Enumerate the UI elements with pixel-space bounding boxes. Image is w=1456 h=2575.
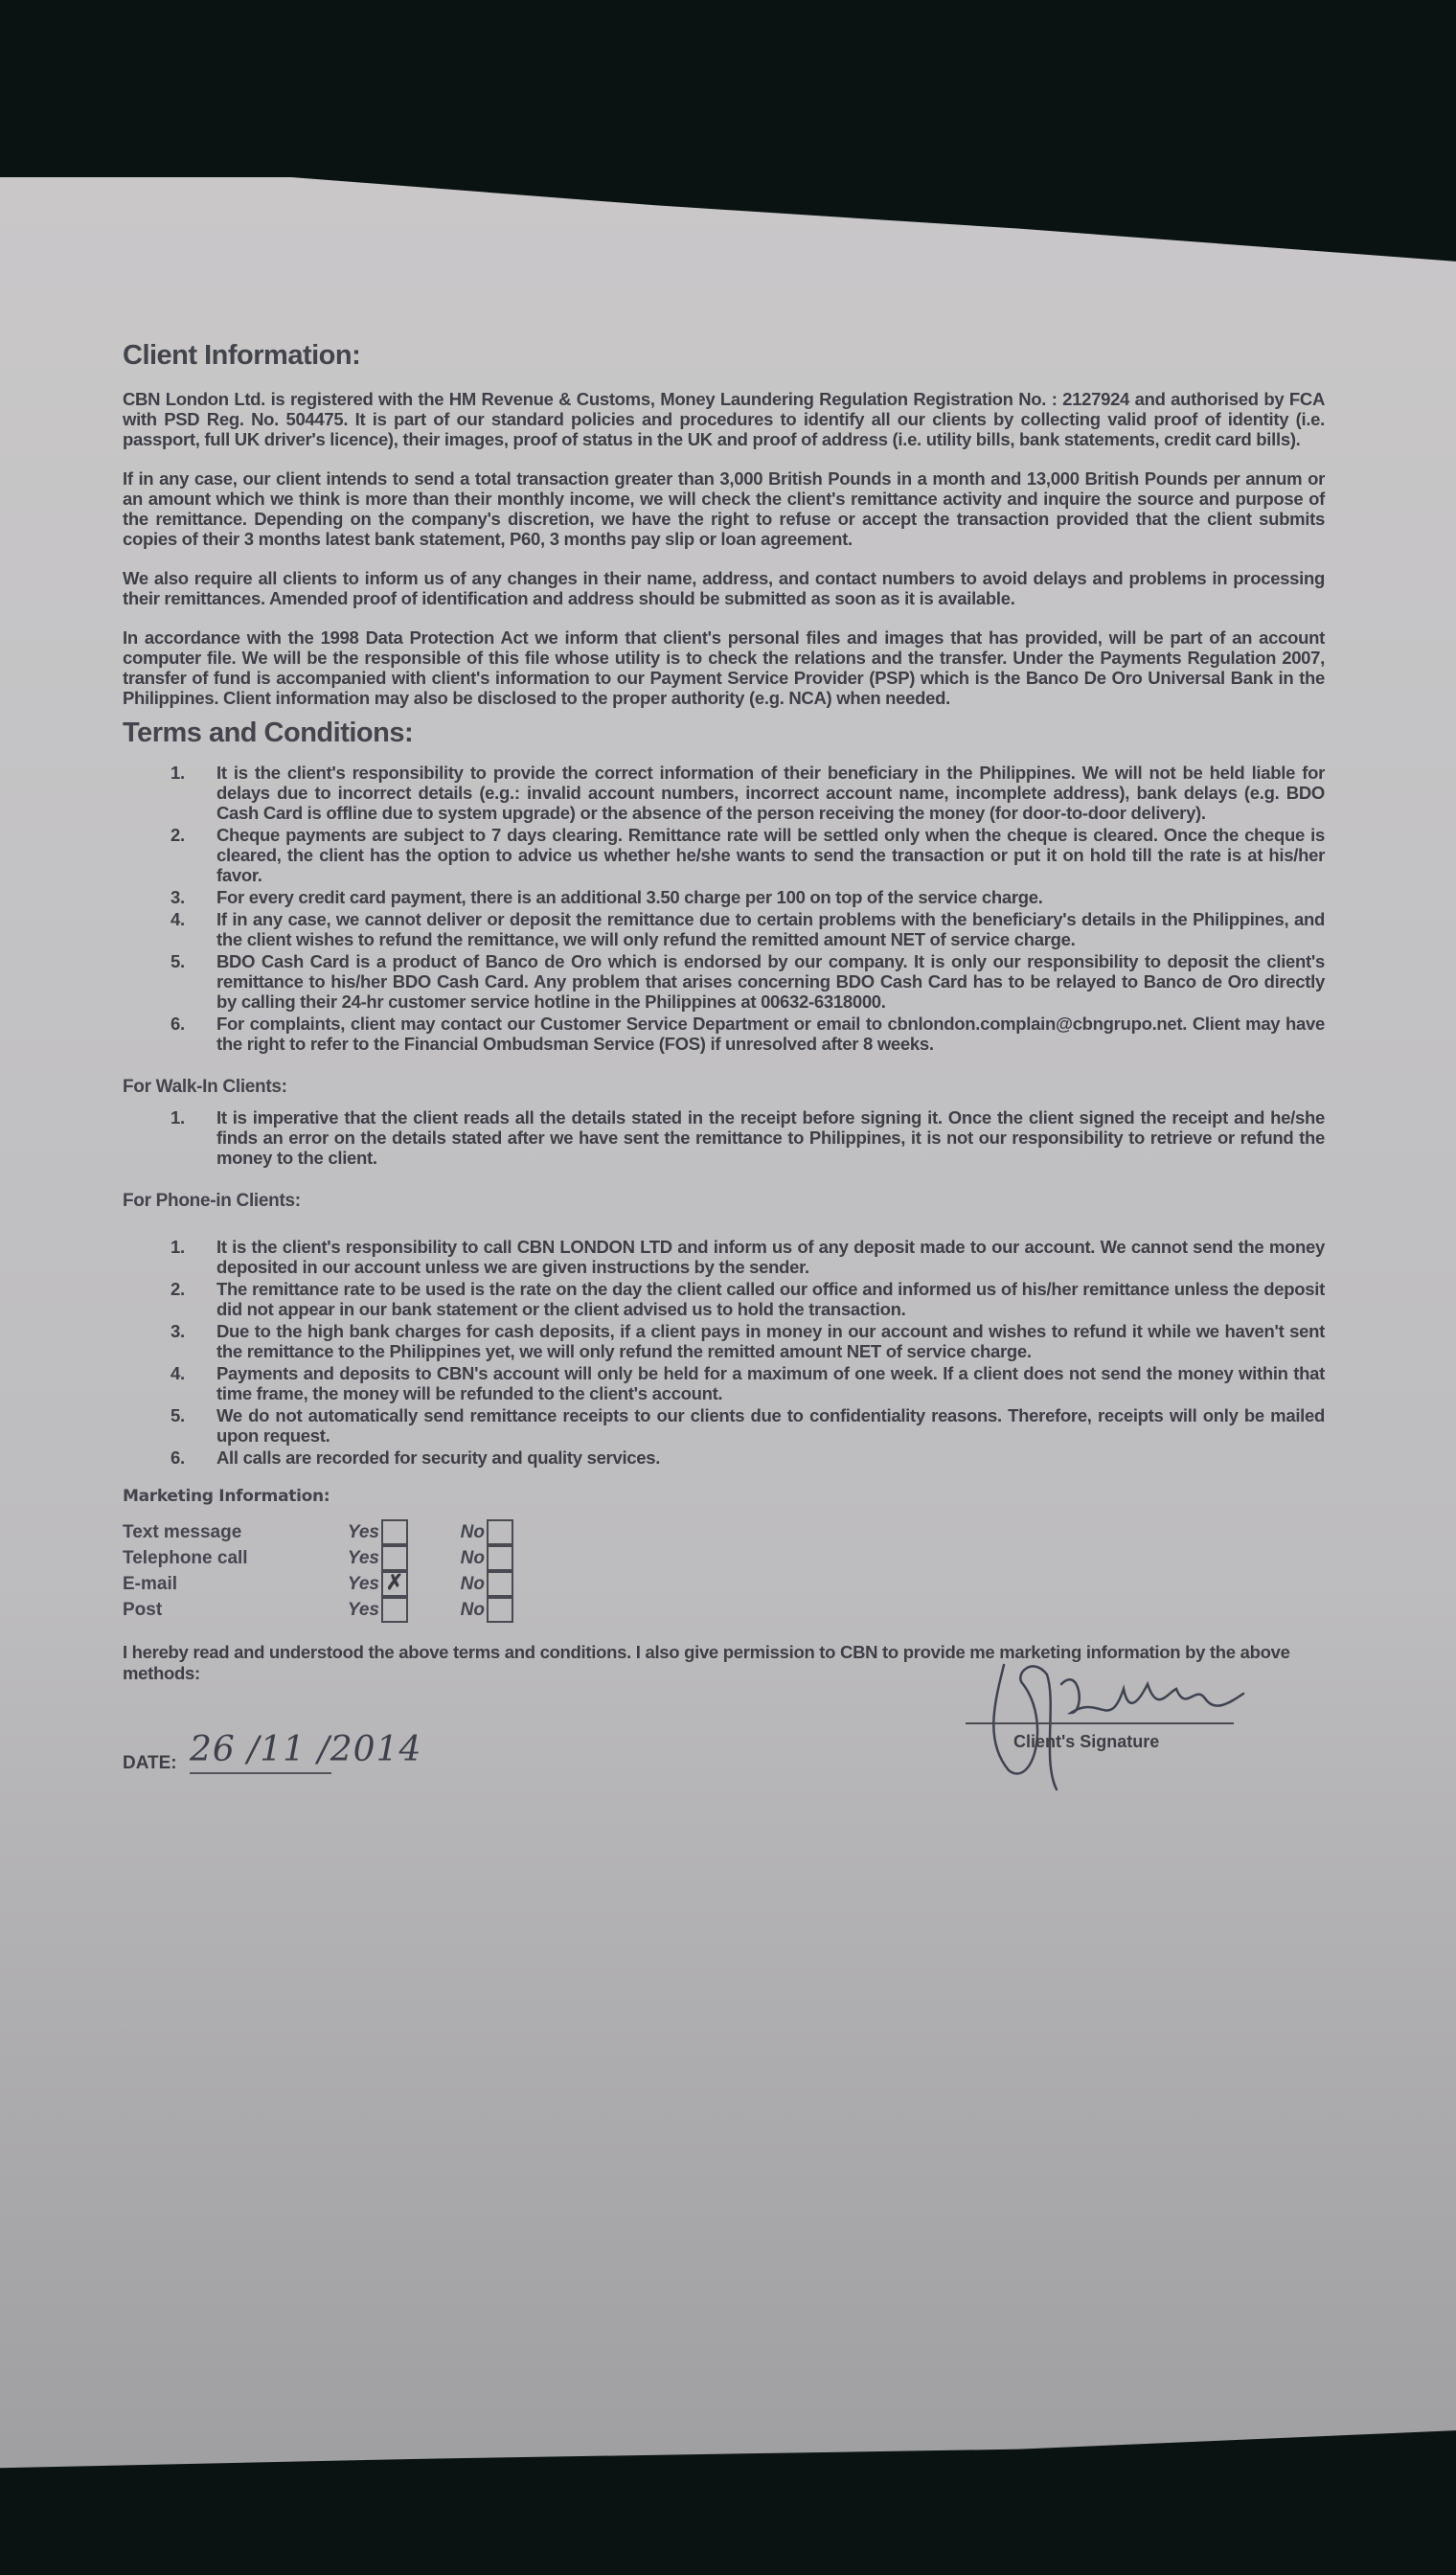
yes-checkbox[interactable]: [381, 1519, 408, 1545]
yes-label: Yes: [333, 1519, 381, 1545]
yes-checkbox[interactable]: [381, 1597, 408, 1623]
document-body: Client Information: CBN London Ltd. is r…: [123, 340, 1325, 1828]
phone-in-item: 4.Payments and deposits to CBN's account…: [216, 1363, 1325, 1403]
no-checkbox[interactable]: [487, 1571, 513, 1597]
phone-in-list: 1.It is the client's responsibility to c…: [123, 1237, 1325, 1468]
walk-in-heading: For Walk-In Clients:: [123, 1077, 1325, 1098]
yes-label: Yes: [333, 1597, 381, 1623]
walk-in-list: 1.It is imperative that the client reads…: [123, 1107, 1325, 1168]
phone-in-item: 3.Due to the high bank charges for cash …: [216, 1321, 1325, 1361]
date-value[interactable]: 26 /11 /2014: [190, 1730, 421, 1769]
phone-in-item: 1.It is the client's responsibility to c…: [216, 1237, 1325, 1277]
terms-list: 1.It is the client's responsibility to p…: [123, 763, 1325, 1054]
marketing-channel-label: Telephone call: [123, 1545, 333, 1571]
terms-item: 1.It is the client's responsibility to p…: [216, 763, 1325, 823]
client-info-paragraph: CBN London Ltd. is registered with the H…: [123, 389, 1325, 449]
terms-item: 5.BDO Cash Card is a product of Banco de…: [216, 951, 1325, 1012]
terms-heading: Terms and Conditions:: [123, 718, 1325, 749]
marketing-row: Text messageYesNo: [123, 1519, 544, 1545]
terms-item: 2.Cheque payments are subject to 7 days …: [216, 825, 1325, 885]
walk-in-item: 1.It is imperative that the client reads…: [216, 1107, 1325, 1168]
yes-label: Yes: [333, 1545, 381, 1571]
no-checkbox[interactable]: [487, 1597, 513, 1623]
no-label: No: [439, 1519, 487, 1545]
no-label: No: [439, 1571, 487, 1597]
marketing-channel-label: Post: [123, 1597, 333, 1623]
no-checkbox[interactable]: [487, 1545, 513, 1571]
no-label: No: [439, 1597, 487, 1623]
marketing-row: Telephone callYesNo: [123, 1545, 544, 1571]
marketing-heading: Marketing Information:: [123, 1487, 1325, 1506]
terms-item: 4.If in any case, we cannot deliver or d…: [216, 909, 1325, 949]
signature-label: Client's Signature: [1013, 1732, 1159, 1752]
yes-label: Yes: [333, 1571, 381, 1597]
marketing-channel-label: E-mail: [123, 1571, 333, 1597]
marketing-section: Marketing Information: Text messageYesNo…: [123, 1487, 1325, 1623]
phone-in-heading: For Phone-in Clients:: [123, 1191, 1325, 1212]
marketing-options-table: Text messageYesNoTelephone callYesNoE-ma…: [123, 1519, 544, 1623]
marketing-channel-label: Text message: [123, 1519, 333, 1545]
client-info-paragraph: In accordance with the 1998 Data Protect…: [123, 627, 1325, 708]
client-info-paragraph: We also require all clients to inform us…: [123, 568, 1325, 608]
no-checkbox[interactable]: [487, 1519, 513, 1545]
signature-row: DATE: 26 /11 /2014 Client's Signature: [123, 1684, 1325, 1828]
marketing-row: E-mailYes✗No: [123, 1571, 544, 1597]
marketing-row: PostYesNo: [123, 1597, 544, 1623]
date-label: DATE:: [123, 1753, 177, 1774]
signature-line: [966, 1722, 1234, 1724]
date-line: [190, 1772, 331, 1774]
phone-in-item: 6.All calls are recorded for security an…: [216, 1447, 1325, 1468]
client-info-paragraph: If in any case, our client intends to se…: [123, 468, 1325, 549]
phone-in-item: 2.The remittance rate to be used is the …: [216, 1279, 1325, 1319]
yes-checkbox[interactable]: ✗: [381, 1571, 408, 1597]
client-information-heading: Client Information:: [123, 340, 1325, 372]
terms-item: 6.For complaints, client may contact our…: [216, 1014, 1325, 1054]
terms-item: 3.For every credit card payment, there i…: [216, 887, 1325, 907]
no-label: No: [439, 1545, 487, 1571]
phone-in-item: 5.We do not automatically send remittanc…: [216, 1405, 1325, 1446]
yes-checkbox[interactable]: [381, 1545, 408, 1571]
